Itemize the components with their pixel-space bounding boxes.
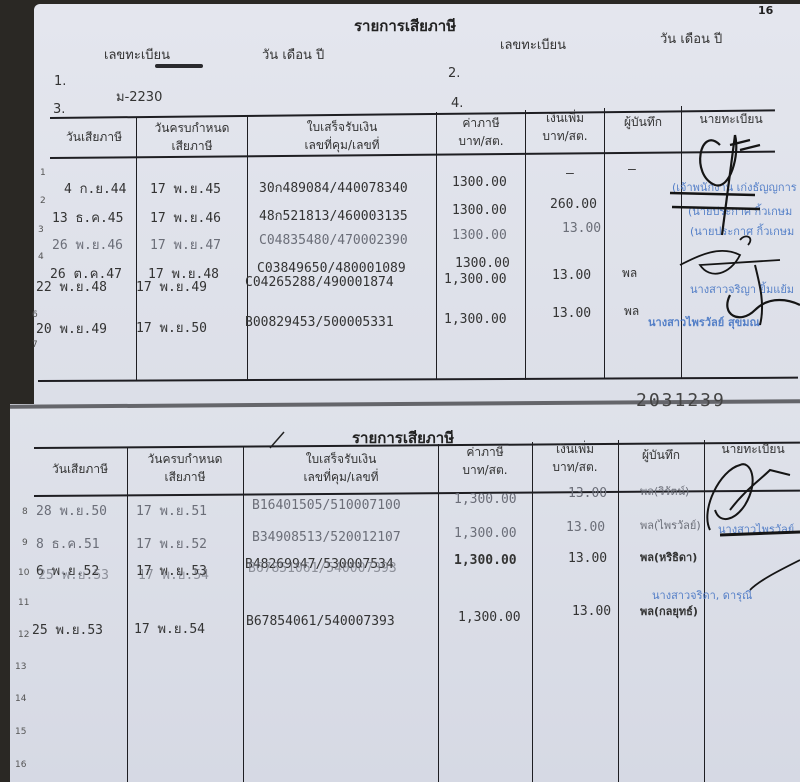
header-surcharge: เงินเพิ่มบาท/สต. (534, 440, 616, 476)
header-tax-amount-line1: ค่าภาษี (440, 443, 530, 461)
row-number: 2 (40, 196, 46, 206)
header-surcharge-line1: เงินเพิ่ม (534, 440, 616, 458)
row-number: 15 (15, 727, 26, 737)
cell-tax-amount: 1,300.00 (454, 553, 517, 568)
header-tax-date: วันเสียภาษี (36, 460, 124, 478)
header-receipt-line2: เลขที่คุม/เลขที่ (246, 468, 436, 486)
cell-receipt: B67854061/540007393 (246, 614, 395, 629)
page-number: 16 (758, 4, 773, 17)
row-number: 4 (38, 252, 44, 262)
column-divider (127, 447, 128, 782)
column-divider (604, 108, 605, 378)
cell-receipt: B16401505/510007100 (252, 498, 401, 513)
cell-due-date: 17 พ.ย.49 (136, 276, 207, 297)
registration-label-right: เลขทะเบียน (500, 34, 566, 55)
cell-recorder: พล (622, 264, 637, 283)
registrar-signature-icon (660, 115, 800, 385)
cell-surcharge: 260.00 (550, 197, 597, 212)
cell-tax-date-overprint: 25 พ.ย.53 (38, 564, 109, 585)
cell-surcharge: 13.00 (572, 604, 611, 619)
cell-tax-amount: 1,300.00 (454, 526, 517, 541)
cell-receipt: B34908513/520012107 (252, 530, 401, 545)
cell-tax-amount: 1300.00 (452, 175, 507, 190)
cell-receipt-overprint: B67851061/540007393 (248, 561, 397, 576)
cell-surcharge: 13.00 (568, 551, 607, 566)
header-receipt-line1: ใบเสร็จรับเงิน (252, 118, 432, 136)
cell-due-date: 17 พ.ย.50 (136, 317, 207, 338)
cell-tax-date: 20 พ.ย.49 (36, 318, 107, 339)
column-divider (247, 116, 248, 380)
registration-value: ม-2230 (116, 86, 162, 107)
cell-recorder: พล(วิรัตน์) (640, 482, 689, 500)
header-due-date: วันครบกำหนดเสียภาษี (130, 450, 240, 486)
row-number: 12 (18, 630, 29, 640)
header-due-date-line1: วันครบกำหนด (140, 119, 244, 137)
header-tax-amount-line2: บาท/สต. (440, 132, 522, 150)
redaction-mark (155, 64, 203, 68)
cell-receipt: B00829453/500005331 (245, 315, 394, 330)
cell-receipt: C04835480/470002390 (259, 233, 408, 248)
header-due-date-line2: เสียภาษี (130, 468, 240, 486)
row-number: 8 (22, 507, 28, 517)
cell-receipt: 30ก489084/440078340 (259, 177, 408, 198)
cell-surcharge: 13.00 (552, 306, 591, 321)
cell-tax-date: 8 ธ.ค.51 (36, 533, 100, 554)
header-tax-amount-line1: ค่าภาษี (440, 114, 522, 132)
cell-surcharge: — (566, 166, 574, 181)
cell-recorder: — (628, 162, 636, 177)
row-number: 13 (15, 662, 26, 672)
column-divider (136, 117, 137, 380)
registration-label-left: เลขทะเบียน (104, 44, 170, 65)
header-surcharge-line2: บาท/สต. (528, 127, 602, 145)
registrar-signature-icon (690, 450, 800, 610)
header-surcharge: เงินเพิ่มบาท/สต. (528, 109, 602, 145)
header-due-date: วันครบกำหนดเสียภาษี (140, 119, 244, 155)
slot-1-label: 1. (54, 74, 66, 89)
cell-receipt: C03849650/480001089 (257, 261, 406, 276)
row-number: 10 (18, 568, 29, 578)
header-tax-amount: ค่าภาษีบาท/สต. (440, 114, 522, 150)
row-number: 11 (18, 598, 29, 608)
cell-surcharge: 13.00 (566, 520, 605, 535)
header-receipt: ใบเสร็จรับเงินเลขที่คุม/เลขที่ (252, 118, 432, 154)
cell-receipt: C04265288/490001874 (245, 275, 394, 290)
cell-tax-amount: 1,300.00 (444, 312, 507, 327)
row-number: 9 (22, 538, 28, 548)
cell-surcharge: 13.00 (562, 221, 601, 236)
slot-3-label: 3. (53, 102, 65, 117)
cell-surcharge: 13.00 (568, 486, 607, 501)
column-divider (243, 446, 244, 782)
cell-due-date: 17 พ.ย.52 (136, 533, 207, 554)
cell-tax-amount: 1,300.00 (444, 272, 507, 287)
column-divider (525, 110, 526, 380)
cell-tax-date: 28 พ.ย.50 (36, 500, 107, 521)
row-number: 16 (15, 760, 26, 770)
column-divider (532, 442, 533, 782)
cell-due-date: 17 พ.ย.45 (150, 178, 221, 199)
cell-tax-amount: 1,300.00 (458, 610, 521, 625)
cell-recorder: พล (624, 302, 639, 321)
header-receipt-line1: ใบเสร็จรับเงิน (246, 450, 436, 468)
serial-number: 2031239 (636, 390, 726, 411)
cell-tax-date: 13 ธ.ค.45 (52, 207, 123, 228)
cell-tax-date: 22 พ.ย.48 (36, 276, 107, 297)
header-due-date-line2: เสียภาษี (140, 137, 244, 155)
section-title-top: รายการเสียภาษี (354, 14, 456, 38)
cell-due-date: 17 พ.ย.51 (136, 500, 207, 521)
header-tax-amount: ค่าภาษีบาท/สต. (440, 443, 530, 479)
cell-tax-amount: 1300.00 (452, 228, 507, 243)
cell-due-date-overprint: 17 พ.ย.54 (138, 564, 209, 585)
column-divider (436, 112, 437, 380)
cell-due-date: 17 พ.ย.47 (150, 234, 221, 255)
row-number: 7 (32, 340, 38, 350)
checkmark-icon (268, 430, 288, 450)
row-number: 3 (38, 225, 44, 235)
cell-due-date: 17 พ.ย.46 (150, 207, 221, 228)
row-number: 14 (15, 694, 26, 704)
row-number: 1 (40, 168, 46, 178)
header-surcharge-line2: บาท/สต. (534, 458, 616, 476)
header-tax-amount-line2: บาท/สต. (440, 461, 530, 479)
column-divider (438, 444, 439, 782)
cell-tax-date: 26 พ.ย.46 (52, 234, 123, 255)
cell-tax-amount: 1,300.00 (454, 492, 517, 507)
header-receipt: ใบเสร็จรับเงินเลขที่คุม/เลขที่ (246, 450, 436, 486)
date-label-left: วัน เดือน ปี (262, 44, 324, 65)
cell-tax-amount: 1300.00 (452, 203, 507, 218)
cell-surcharge: 13.00 (552, 268, 591, 283)
cell-tax-date: 4 ก.ย.44 (64, 178, 126, 199)
date-label-right: วัน เดือน ปี (660, 28, 722, 49)
header-due-date-line1: วันครบกำหนด (130, 450, 240, 468)
cell-receipt: 48ก521813/460003135 (259, 205, 408, 226)
column-divider (618, 440, 619, 782)
slot-2-label: 2. (448, 66, 460, 81)
slot-4-label: 4. (451, 96, 463, 111)
cell-due-date: 17 พ.ย.54 (134, 618, 205, 639)
header-receipt-line2: เลขที่คุม/เลขที่ (252, 136, 432, 154)
cell-recorder: พล(หริธิดา) (640, 548, 697, 566)
header-surcharge-line1: เงินเพิ่ม (528, 109, 602, 127)
cell-tax-amount: 1300.00 (455, 256, 510, 271)
cell-tax-date: 25 พ.ย.53 (32, 619, 103, 640)
header-tax-date: วันเสียภาษี (56, 128, 132, 146)
